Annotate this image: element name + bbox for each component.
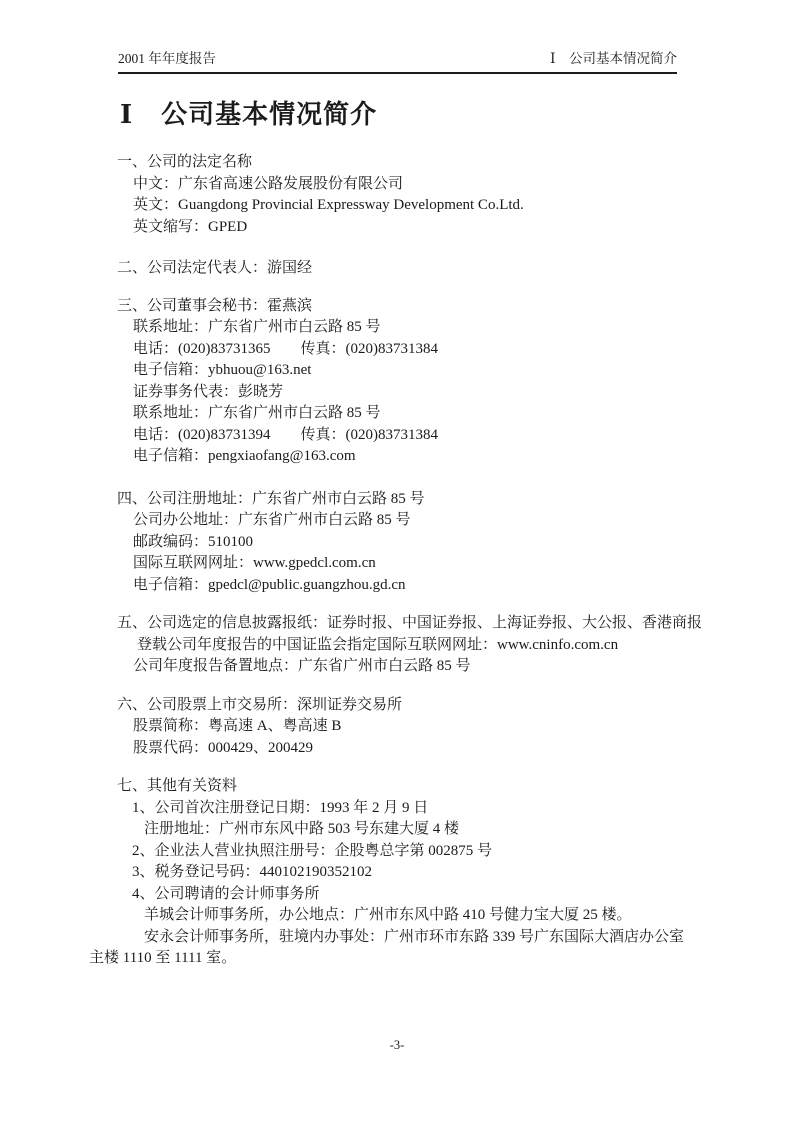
line-disclosure-newspapers: 五、公司选定的信息披露报纸：证券时报、中国证券报、上海证券报、大公报、香港商报 bbox=[89, 613, 714, 635]
header-report-title: 2001 年年度报告 bbox=[118, 51, 216, 67]
line-board-secretary: 三、公司董事会秘书：霍燕滨 bbox=[89, 296, 714, 318]
chapter-numeral: Ⅰ bbox=[120, 100, 133, 130]
line-securities-rep: 证券事务代表：彭晓芳 bbox=[89, 382, 714, 404]
page-footer: -3- bbox=[0, 1038, 794, 1053]
line-csrc-website: 登载公司年度报告的中国证监会指定国际互联网网址：www.cninfo.com.c… bbox=[89, 635, 714, 657]
line-report-place: 公司年度报告备置地点：广东省广州市白云路 85 号 bbox=[89, 656, 714, 678]
line-company-website: 国际互联网网址：www.gpedcl.com.cn bbox=[89, 553, 714, 575]
chapter-title-text: 公司基本情况简介 bbox=[161, 100, 377, 130]
line-secretary-phone-fax: 电话：(020)83731365 传真：(020)83731384 bbox=[89, 339, 714, 361]
line-business-license-number: 2、企业法人营业执照注册号：企股粤总字第 002875 号 bbox=[89, 841, 714, 863]
line-chinese-name: 中文：广东省高速公路发展股份有限公司 bbox=[89, 174, 714, 196]
line-legal-name-heading: 一、公司的法定名称 bbox=[89, 152, 714, 174]
line-rep-address: 联系地址：广东省广州市白云路 85 号 bbox=[89, 403, 714, 425]
line-accounting-firms-heading: 4、公司聘请的会计师事务所 bbox=[89, 884, 714, 906]
header-chapter-title: Ⅰ 公司基本情况简介 bbox=[550, 51, 677, 67]
document-body: 一、公司的法定名称 中文：广东省高速公路发展股份有限公司 英文：Guangdon… bbox=[89, 152, 714, 970]
line-intl-auditor-part2: 主楼 1110 至 1111 室。 bbox=[89, 948, 714, 970]
line-office-address: 公司办公地址：广东省广州市白云路 85 号 bbox=[89, 510, 714, 532]
line-secretary-address: 联系地址：广东省广州市白云路 85 号 bbox=[89, 317, 714, 339]
line-rep-phone-fax: 电话：(020)83731394 传真：(020)83731384 bbox=[89, 425, 714, 447]
header-rule bbox=[118, 72, 677, 74]
line-rep-email: 电子信箱：pengxiaofang@163.com bbox=[89, 446, 714, 468]
line-tax-registration-number: 3、税务登记号码：440102190352102 bbox=[89, 862, 714, 884]
running-header: 2001 年年度报告 Ⅰ 公司基本情况简介 bbox=[118, 51, 677, 67]
line-postal-code: 邮政编码：510100 bbox=[89, 532, 714, 554]
line-stock-names: 股票简称：粤高速 A、粤高速 B bbox=[89, 716, 714, 738]
line-stock-exchange: 六、公司股票上市交易所：深圳证券交易所 bbox=[89, 695, 714, 717]
line-secretary-email: 电子信箱：ybhuou@163.net bbox=[89, 360, 714, 382]
line-domestic-auditor: 羊城会计师事务所，办公地点：广州市东风中路 410 号健力宝大厦 25 楼。 bbox=[89, 905, 714, 927]
line-english-name: 英文：Guangdong Provincial Expressway Devel… bbox=[89, 195, 714, 217]
report-page: 2001 年年度报告 Ⅰ 公司基本情况简介 Ⅰ 公司基本情况简介 一、公司的法定… bbox=[0, 0, 794, 1122]
line-company-email: 电子信箱：gpedcl@public.guangzhou.gd.cn bbox=[89, 575, 714, 597]
line-intl-auditor-part1: 安永会计师事务所，驻境内办事处：广州市环市东路 339 号广东国际大酒店办公室 bbox=[89, 927, 714, 949]
line-english-abbr: 英文缩写：GPED bbox=[89, 217, 714, 239]
page-number: -3- bbox=[390, 1038, 405, 1052]
line-stock-codes: 股票代码：000429、200429 bbox=[89, 738, 714, 760]
line-registered-address: 四、公司注册地址：广东省广州市白云路 85 号 bbox=[89, 489, 714, 511]
line-first-registration-date: 1、公司首次注册登记日期：1993 年 2 月 9 日 bbox=[89, 798, 714, 820]
line-other-info-heading: 七、其他有关资料 bbox=[89, 776, 714, 798]
line-first-registration-address: 注册地址：广州市东风中路 503 号东建大厦 4 楼 bbox=[89, 819, 714, 841]
line-legal-representative: 二、公司法定代表人：游国经 bbox=[89, 258, 714, 280]
chapter-title: Ⅰ 公司基本情况简介 bbox=[120, 100, 377, 130]
